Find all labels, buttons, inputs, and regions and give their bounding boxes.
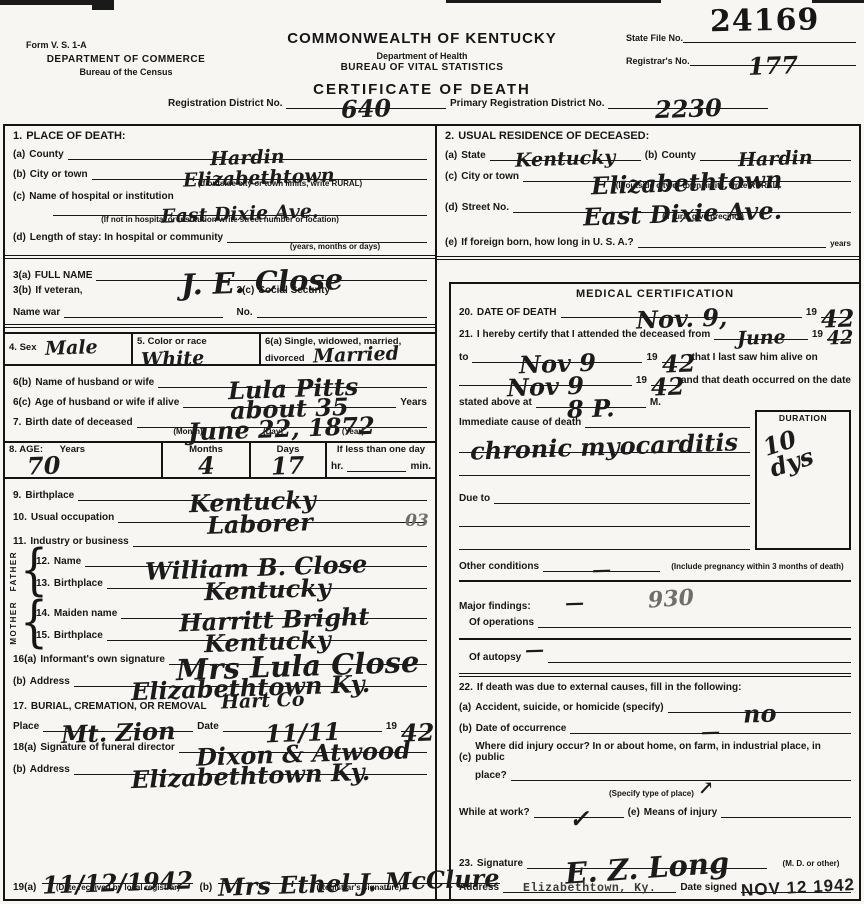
burial-addr-number: (b) <box>13 764 26 775</box>
other-conditions-line: — <box>543 558 660 572</box>
section-place-of-death: 1. PLACE OF DEATH: (a) County Hardin (b)… <box>5 126 435 259</box>
age-years-value: 70 <box>27 455 61 478</box>
race-number: 5. <box>137 336 145 347</box>
res-foreign-line <box>638 234 826 248</box>
birthdate-label: Birth date of deceased <box>25 417 132 428</box>
certify-to-label: to <box>459 352 468 363</box>
registration-district-row: Registration District No. 640 Primary Re… <box>168 96 768 109</box>
age-less-label: If less than one day <box>337 444 425 455</box>
mother-name-line: Harritt Bright <box>121 605 427 619</box>
external-c-label2: place? <box>475 770 507 781</box>
fullname-label: FULL NAME <box>35 270 93 281</box>
informant-addr-label: Address <box>30 676 70 687</box>
pod-city-value: Elizabethtown <box>183 167 335 189</box>
operations-label: Of operations <box>469 617 534 628</box>
mother-brace: { <box>20 596 36 651</box>
findings-divider <box>459 580 851 582</box>
work-mark: ✓ <box>568 807 589 829</box>
header-agency-block: Form V. S. 1-A DEPARTMENT OF COMMERCE Bu… <box>26 40 226 77</box>
res-street-label: Street No. <box>462 202 509 213</box>
signature-addr-value: Elizabethtown, Ky. <box>523 882 656 895</box>
certify-from-yy-line: 42 <box>827 326 851 340</box>
death-certificate-document: Form V. S. 1-A DEPARTMENT OF COMMERCE Bu… <box>0 0 864 904</box>
dod-line: Nov. 9, <box>561 304 802 318</box>
age-less-cell: If less than one day hr. min. <box>327 443 435 477</box>
external-a-label: Accident, suicide, or homicide (specify) <box>475 702 663 713</box>
reg-district-number: 640 <box>341 97 392 120</box>
fullname-value: J. E. Close <box>180 267 343 299</box>
certify-alive-pre: 19 <box>636 375 647 386</box>
external-e-line <box>721 804 851 818</box>
external-e: (e) <box>628 807 640 818</box>
res-city-value: Elizabethtown <box>591 169 783 197</box>
external-c-label: Where did injury occur? In or about home… <box>475 741 851 763</box>
age-days-cell: Days 17 <box>251 443 327 477</box>
certify-from-line: June <box>714 326 808 340</box>
father-name-label: Name <box>54 556 81 567</box>
signature-note: (M. D. or other) <box>771 860 851 869</box>
birthdate-number: 7. <box>13 417 21 428</box>
registrars-label: Registrar's No. <box>626 56 690 66</box>
sex-cell: 4. Sex Male <box>5 334 133 364</box>
res-foreign-label: If foreign born, how long in U. S. A.? <box>461 237 633 248</box>
section-external-causes: 22. If death was due to external causes,… <box>459 673 851 818</box>
burial-date-yy-line: 42 <box>401 718 427 732</box>
spouse-number: 6(b) <box>13 377 31 388</box>
dod-number: 20. <box>459 307 473 318</box>
pod-c: (c) <box>13 191 25 202</box>
section-signature: 23. Signature E. Z. Long (M. D. or other… <box>459 849 851 899</box>
findings-label: Major findings: <box>459 601 531 612</box>
dod-yy-line: 42 <box>821 304 851 318</box>
pod-a: (a) <box>13 149 25 160</box>
age-number: 8. <box>9 444 17 455</box>
dod-value: Nov. 9, <box>635 306 727 331</box>
pod-number: 1. <box>13 130 22 142</box>
header-file-block: 24169 State File No. Registrar's No. 177 <box>626 6 856 66</box>
father-bp-value: Kentucky <box>203 577 330 603</box>
burial-date-line: 11/11 <box>223 718 382 732</box>
pod-d: (d) <box>13 232 26 243</box>
mother-name-label: Maiden name <box>54 608 117 619</box>
spouse-label: Name of husband or wife <box>35 377 154 388</box>
external-b: (b) <box>459 723 472 734</box>
due-label: Due to <box>459 493 490 504</box>
state-file-number: 24169 <box>710 5 857 38</box>
other-conditions-mark: — <box>592 561 612 579</box>
marital-label2: divorced <box>265 353 305 364</box>
burial-date-pre: 19 <box>386 721 397 732</box>
primary-district-line: 2230 <box>608 96 768 109</box>
header-title-block: COMMONWEALTH OF KENTUCKY Department of H… <box>262 30 582 98</box>
cause-line-2: chronic myocarditis <box>459 428 750 453</box>
operations-line <box>538 614 851 628</box>
signature-addr-line: Elizabethtown, Ky. <box>503 879 676 893</box>
res-a: (a) <box>445 150 457 161</box>
date-signed-stamp: NOV 12 1942 <box>741 876 856 899</box>
birthplace-label: Birthplace <box>25 490 74 501</box>
autopsy-line <box>548 649 851 663</box>
external-e-label: Means of injury <box>644 807 717 818</box>
burial-place-value: Mt. Zion <box>61 720 176 746</box>
res-state-line: Kentucky <box>490 147 641 161</box>
burial-date-label: Date <box>197 721 219 732</box>
pod-county-value: Hardin <box>210 149 285 169</box>
commonwealth-title: COMMONWEALTH OF KENTUCKY <box>262 30 582 47</box>
res-e: (e) <box>445 237 457 248</box>
right-column: 2. USUAL RESIDENCE OF DECEASED: (a) Stat… <box>437 126 859 899</box>
autopsy-label: Of autopsy <box>469 652 521 663</box>
findings-code-pencil: 930 <box>647 584 695 613</box>
dept-of-health: Department of Health <box>262 51 582 61</box>
autopsy-divider <box>459 638 851 640</box>
certify-from-yy: 42 <box>827 329 854 347</box>
external-a: (a) <box>459 702 471 713</box>
mother-bp-line: Kentucky <box>107 627 427 641</box>
form-number: Form V. S. 1-A <box>26 40 226 50</box>
birthplace-line: Kentucky <box>78 487 427 501</box>
section-father: FATHER { 12. Name William B. Close 13. B… <box>5 549 435 593</box>
occupation-value: Laborer <box>206 511 312 536</box>
certify-to-yy-line: 42 <box>662 349 688 363</box>
external-b-line: — <box>570 720 851 734</box>
occupation-number: 10. <box>13 512 27 523</box>
res-d: (d) <box>445 202 458 213</box>
section-registrar: 19(a) 11/12/1942 (Date received by local… <box>5 864 435 899</box>
marital-value: Married <box>313 346 400 366</box>
certify-alive-yy: 42 <box>651 375 685 398</box>
race-label2: race <box>187 336 207 347</box>
spouse-age-line: about 35 <box>183 394 396 408</box>
reg-district-line: 640 <box>286 96 446 109</box>
occupation-line: Laborer 03 <box>118 509 427 523</box>
certify-from-value: June <box>736 329 785 348</box>
res-number: 2. <box>445 130 454 142</box>
duration-box: DURATION 10 dys <box>755 410 851 550</box>
birthdate-value: June 22, 1872 <box>188 415 375 443</box>
cause-duration-block: Immediate cause of death chronic myocard… <box>459 410 851 550</box>
sex-label: Sex <box>20 342 37 353</box>
certify-alive-line: Nov 9 <box>459 372 632 386</box>
certify-to-line: Nov 9 <box>472 349 642 363</box>
res-street-line: East Dixie Ave. <box>513 199 851 213</box>
autopsy-mark: — <box>525 641 545 659</box>
burial-place-line: Mt. Zion <box>43 718 193 732</box>
burial-note-value: Hart Co <box>220 692 304 712</box>
res-c: (c) <box>445 171 457 182</box>
other-conditions-note: (Include pregnancy within 3 months of de… <box>664 563 851 572</box>
department-name: DEPARTMENT OF COMMERCE <box>26 54 226 65</box>
birthdate-line: June 22, 1872 <box>137 414 427 428</box>
external-c-line <box>511 767 851 781</box>
bureau-name: Bureau of the Census <box>26 67 226 77</box>
external-a-value: no <box>742 702 776 725</box>
section-age: 8. AGE: Years 70 Months 4 Days 17 If les… <box>5 441 435 479</box>
external-c-arrow: ↗ <box>698 779 715 797</box>
medical-title: MEDICAL CERTIFICATION <box>459 288 851 300</box>
pod-title: PLACE OF DEATH: <box>26 130 125 142</box>
ssn-label2: No. <box>237 307 253 318</box>
pod-county-label: County <box>29 149 63 160</box>
res-city-label: City or town <box>461 171 519 182</box>
due-line-1 <box>494 490 750 504</box>
race-label: Color or <box>148 336 185 347</box>
spouse-age-unit: Years <box>400 397 427 408</box>
form-body: 1. PLACE OF DEATH: (a) County Hardin (b)… <box>3 124 861 901</box>
section-full-name: 3(a) FULL NAME J. E. Close <box>5 259 435 283</box>
informant-sig-number: 16(a) <box>13 654 36 665</box>
age-hr-line <box>347 458 406 472</box>
other-conditions-label: Other conditions <box>459 561 539 572</box>
section-birthplace-occupation: 9. Birthplace Kentucky 10. Usual occupat… <box>5 479 435 549</box>
certify-text-3: and that death occurred on the date <box>681 375 851 386</box>
date-signed-line: NOV 12 1942 <box>741 879 851 893</box>
certify-alive-yy-line: 42 <box>651 372 677 386</box>
burial-addr-label: Address <box>30 764 70 775</box>
registrar-sig-line: Mrs Ethel J. McClure <box>218 868 500 884</box>
res-street-value: East Dixie Ave. <box>582 199 782 228</box>
pod-city-line: Elizabethtown <box>92 166 427 180</box>
veteran-number: 3(b) <box>13 285 31 296</box>
veteran-line <box>64 304 222 318</box>
external-c-note: (Specify type of place) <box>609 790 694 799</box>
cause-value: chronic myocarditis <box>470 431 739 462</box>
signature-line: E. Z. Long <box>527 855 767 869</box>
left-column: 1. PLACE OF DEATH: (a) County Hardin (b)… <box>5 126 437 899</box>
age-years-cell: 8. AGE: Years 70 <box>5 443 163 477</box>
age-days-value: 17 <box>271 455 305 478</box>
father-bp-label: Birthplace <box>54 578 103 589</box>
registrars-line: 177 <box>690 53 856 66</box>
pod-b: (b) <box>13 169 26 180</box>
pod-stay-label: Length of stay: In hospital or community <box>30 232 223 243</box>
res-city-line: Elizabethtown <box>523 168 851 182</box>
pod-stay-line <box>227 229 427 243</box>
certify-to-pre: 19 <box>646 352 657 363</box>
external-b-mark: — <box>701 723 721 741</box>
sex-number: 4. <box>9 342 17 353</box>
race-value: White <box>141 350 205 369</box>
burial-number: 17. <box>13 701 27 712</box>
pod-city-label: City or town <box>30 169 88 180</box>
registrar-date-value: 11/12/1942 <box>42 870 194 897</box>
bureau-vital-statistics: BUREAU OF VITAL STATISTICS <box>262 62 582 73</box>
res-state-label: State <box>461 150 485 161</box>
director-line: Dixon & Atwood <box>179 739 427 753</box>
hour-value: 8 P. <box>567 397 615 420</box>
dod-pre: 19 <box>806 307 817 318</box>
external-b-label: Date of occurrence <box>476 723 567 734</box>
external-c: (c) <box>459 752 471 763</box>
primary-district-label: Primary Registration District No. <box>450 98 604 109</box>
findings-mark: — <box>564 594 584 612</box>
informant-sig-label: Informant's own signature <box>40 654 165 665</box>
medical-gap <box>437 260 859 282</box>
director-number: 18(a) <box>13 742 36 753</box>
ssn-line <box>257 304 427 318</box>
spouse-line: Lula Pitts <box>158 374 427 388</box>
father-name-line: William B. Close <box>85 553 427 567</box>
pod-stay-note: (years, months or days) <box>243 243 427 252</box>
veteran-label: If veteran, <box>35 285 82 296</box>
occupation-code-pencil: 03 <box>405 511 429 531</box>
due-line-3 <box>459 527 750 550</box>
veteran-label2: Name war <box>13 307 60 318</box>
registrar-b-label: (b) <box>199 882 212 893</box>
mother-side-label: MOTHER <box>9 601 18 645</box>
informant-addr-number: (b) <box>13 676 26 687</box>
pod-hospital-value: East Dixie Ave. <box>161 203 319 226</box>
res-title: USUAL RESIDENCE OF DECEASED: <box>458 130 649 142</box>
section-informant: 16(a) Informant's own signature Mrs Lula… <box>5 645 435 689</box>
dod-label: DATE OF DEATH <box>477 307 557 318</box>
age-months-value: 4 <box>197 455 214 477</box>
section-mother: MOTHER { 14. Maiden name Harritt Bright … <box>5 601 435 645</box>
age-min-label: min. <box>410 461 431 472</box>
section-medical-certification: MEDICAL CERTIFICATION 20. DATE OF DEATH … <box>449 282 859 899</box>
pod-county-line: Hardin <box>68 146 427 160</box>
certify-number: 21. <box>459 329 473 340</box>
father-side-label: FATHER <box>9 551 18 591</box>
work-label: While at work? <box>459 807 530 818</box>
section-sex-race-marital: 4. Sex Male 5. Color or race White 6(a) … <box>5 332 435 366</box>
res-foreign-unit: years <box>830 239 851 248</box>
registrar-date-line: 11/12/1942 <box>42 868 193 884</box>
work-line: ✓ <box>534 804 624 818</box>
age-years-label: Years <box>60 444 85 455</box>
primary-district-number: 2230 <box>654 97 722 121</box>
section-residence: 2. USUAL RESIDENCE OF DECEASED: (a) Stat… <box>437 126 859 260</box>
state-file-label: State File No. <box>626 33 683 43</box>
birthplace-number: 9. <box>13 490 21 501</box>
pod-hospital-line: East Dixie Ave. <box>53 202 427 216</box>
scan-artifact <box>446 0 661 3</box>
marital-cell: 6(a) Single, widowed, married, divorced … <box>261 334 435 364</box>
fullname-line: J. E. Close <box>96 267 427 281</box>
burial-place-label: Place <box>13 721 39 732</box>
reg-district-label: Registration District No. <box>168 98 282 109</box>
spouse-age-number: 6(c) <box>13 397 31 408</box>
marital-number: 6(a) <box>265 336 282 347</box>
certify-text-2: that I last saw him alive on <box>692 352 818 363</box>
section-spouse-birth: 6(b) Name of husband or wife Lula Pitts … <box>5 366 435 439</box>
cause-label: Immediate cause of death <box>459 417 581 428</box>
informant-sig-line: Mrs Lula Close <box>169 651 427 665</box>
res-county-line: Hardin <box>700 147 851 161</box>
registrars-number: 177 <box>747 54 798 77</box>
occupation-label: Usual occupation <box>31 512 114 523</box>
external-title: If death was due to external causes, fil… <box>477 682 742 693</box>
race-cell: 5. Color or race White <box>133 334 261 364</box>
fullname-number: 3(a) <box>13 270 31 281</box>
registrar-number: 19(a) <box>13 882 36 893</box>
sex-value: Male <box>45 339 98 358</box>
res-b: (b) <box>645 150 658 161</box>
external-number: 22. <box>459 682 473 693</box>
burial-addr-value: Elizabethtown Ky. <box>130 761 370 791</box>
date-signed-label: Date signed <box>680 882 737 893</box>
scan-artifact <box>92 0 114 10</box>
age-months-cell: Months 4 <box>163 443 251 477</box>
due-line-2 <box>459 504 750 527</box>
mother-bp-label: Birthplace <box>54 630 103 641</box>
external-a-line: no <box>668 699 851 713</box>
spouse-age-label: Age of husband or wife if alive <box>35 397 179 408</box>
age-hr-label: hr. <box>331 461 343 472</box>
scan-artifact <box>812 0 864 3</box>
pod-hospital-label: Name of hospital or institution <box>29 191 173 202</box>
res-county-label: County <box>662 150 696 161</box>
res-state-value: Kentucky <box>515 149 616 170</box>
